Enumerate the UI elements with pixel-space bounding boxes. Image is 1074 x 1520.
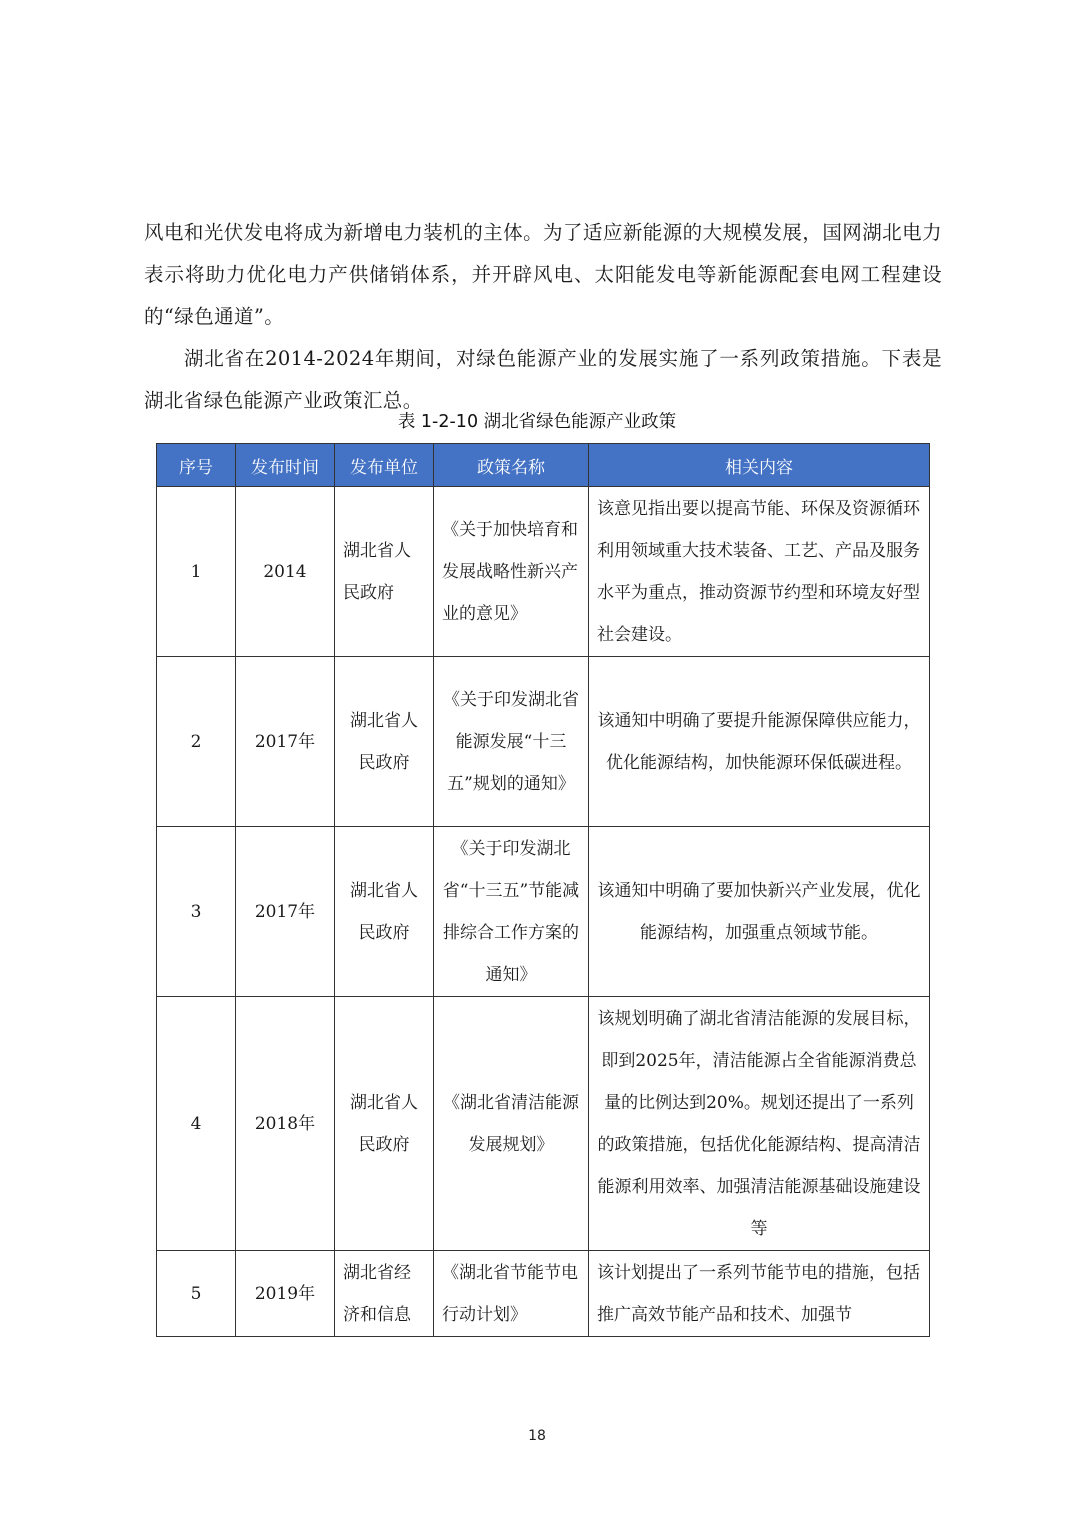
table-header-row: 序号 发布时间 发布单位 政策名称 相关内容 (157, 444, 930, 487)
cell-content: 该通知中明确了要提升能源保障供应能力，优化能源结构，加快能源环保低碳进程。 (589, 657, 930, 827)
table-row: 1 2014 湖北省人民政府 《关于加快培育和发展战略性新兴产业的意见》 该意见… (157, 487, 930, 657)
header-no: 序号 (157, 444, 236, 487)
cell-no: 4 (157, 997, 236, 1251)
page-number: 18 (0, 1428, 1074, 1444)
table-row: 5 2019年 湖北省经济和信息 《湖北省节能节电行动计划》 该计划提出了一系列… (157, 1251, 930, 1337)
cell-policy-name: 《关于加快培育和发展战略性新兴产业的意见》 (434, 487, 589, 657)
cell-issuer: 湖北省人民政府 (335, 997, 434, 1251)
cell-content: 该规划明确了湖北省清洁能源的发展目标，即到2025年，清洁能源占全省能源消费总量… (589, 997, 930, 1251)
table-caption: 表 1-2-10 湖北省绿色能源产业政策 (0, 408, 1074, 433)
cell-policy-name: 《湖北省清洁能源发展规划》 (434, 997, 589, 1251)
body-paragraph-1: 风电和光伏发电将成为新增电力装机的主体。为了适应新能源的大规模发展，国网湖北电力… (144, 212, 942, 338)
cell-date: 2018年 (236, 997, 335, 1251)
header-issuer: 发布单位 (335, 444, 434, 487)
cell-issuer: 湖北省人民政府 (335, 657, 434, 827)
cell-date: 2014 (236, 487, 335, 657)
header-date: 发布时间 (236, 444, 335, 487)
cell-policy-name: 《关于印发湖北省“十三五”节能减排综合工作方案的通知》 (434, 827, 589, 997)
cell-date: 2017年 (236, 827, 335, 997)
cell-policy-name: 《湖北省节能节电行动计划》 (434, 1251, 589, 1337)
cell-no: 3 (157, 827, 236, 997)
cell-policy-name: 《关于印发湖北省能源发展“十三五”规划的通知》 (434, 657, 589, 827)
cell-issuer: 湖北省人民政府 (335, 487, 434, 657)
cell-no: 5 (157, 1251, 236, 1337)
policy-table: 序号 发布时间 发布单位 政策名称 相关内容 1 2014 湖北省人民政府 《关… (156, 443, 930, 1337)
cell-date: 2017年 (236, 657, 335, 827)
cell-no: 2 (157, 657, 236, 827)
table-row: 3 2017年 湖北省人民政府 《关于印发湖北省“十三五”节能减排综合工作方案的… (157, 827, 930, 997)
cell-date: 2019年 (236, 1251, 335, 1337)
table-row: 4 2018年 湖北省人民政府 《湖北省清洁能源发展规划》 该规划明确了湖北省清… (157, 997, 930, 1251)
cell-no: 1 (157, 487, 236, 657)
table-row: 2 2017年 湖北省人民政府 《关于印发湖北省能源发展“十三五”规划的通知》 … (157, 657, 930, 827)
cell-issuer: 湖北省人民政府 (335, 827, 434, 997)
header-policy-name: 政策名称 (434, 444, 589, 487)
cell-content: 该意见指出要以提高节能、环保及资源循环利用领域重大技术装备、工艺、产品及服务水平… (589, 487, 930, 657)
cell-issuer: 湖北省经济和信息 (335, 1251, 434, 1337)
cell-content: 该通知中明确了要加快新兴产业发展，优化能源结构，加强重点领域节能。 (589, 827, 930, 997)
header-content: 相关内容 (589, 444, 930, 487)
cell-content: 该计划提出了一系列节能节电的措施，包括推广高效节能产品和技术、加强节 (589, 1251, 930, 1337)
